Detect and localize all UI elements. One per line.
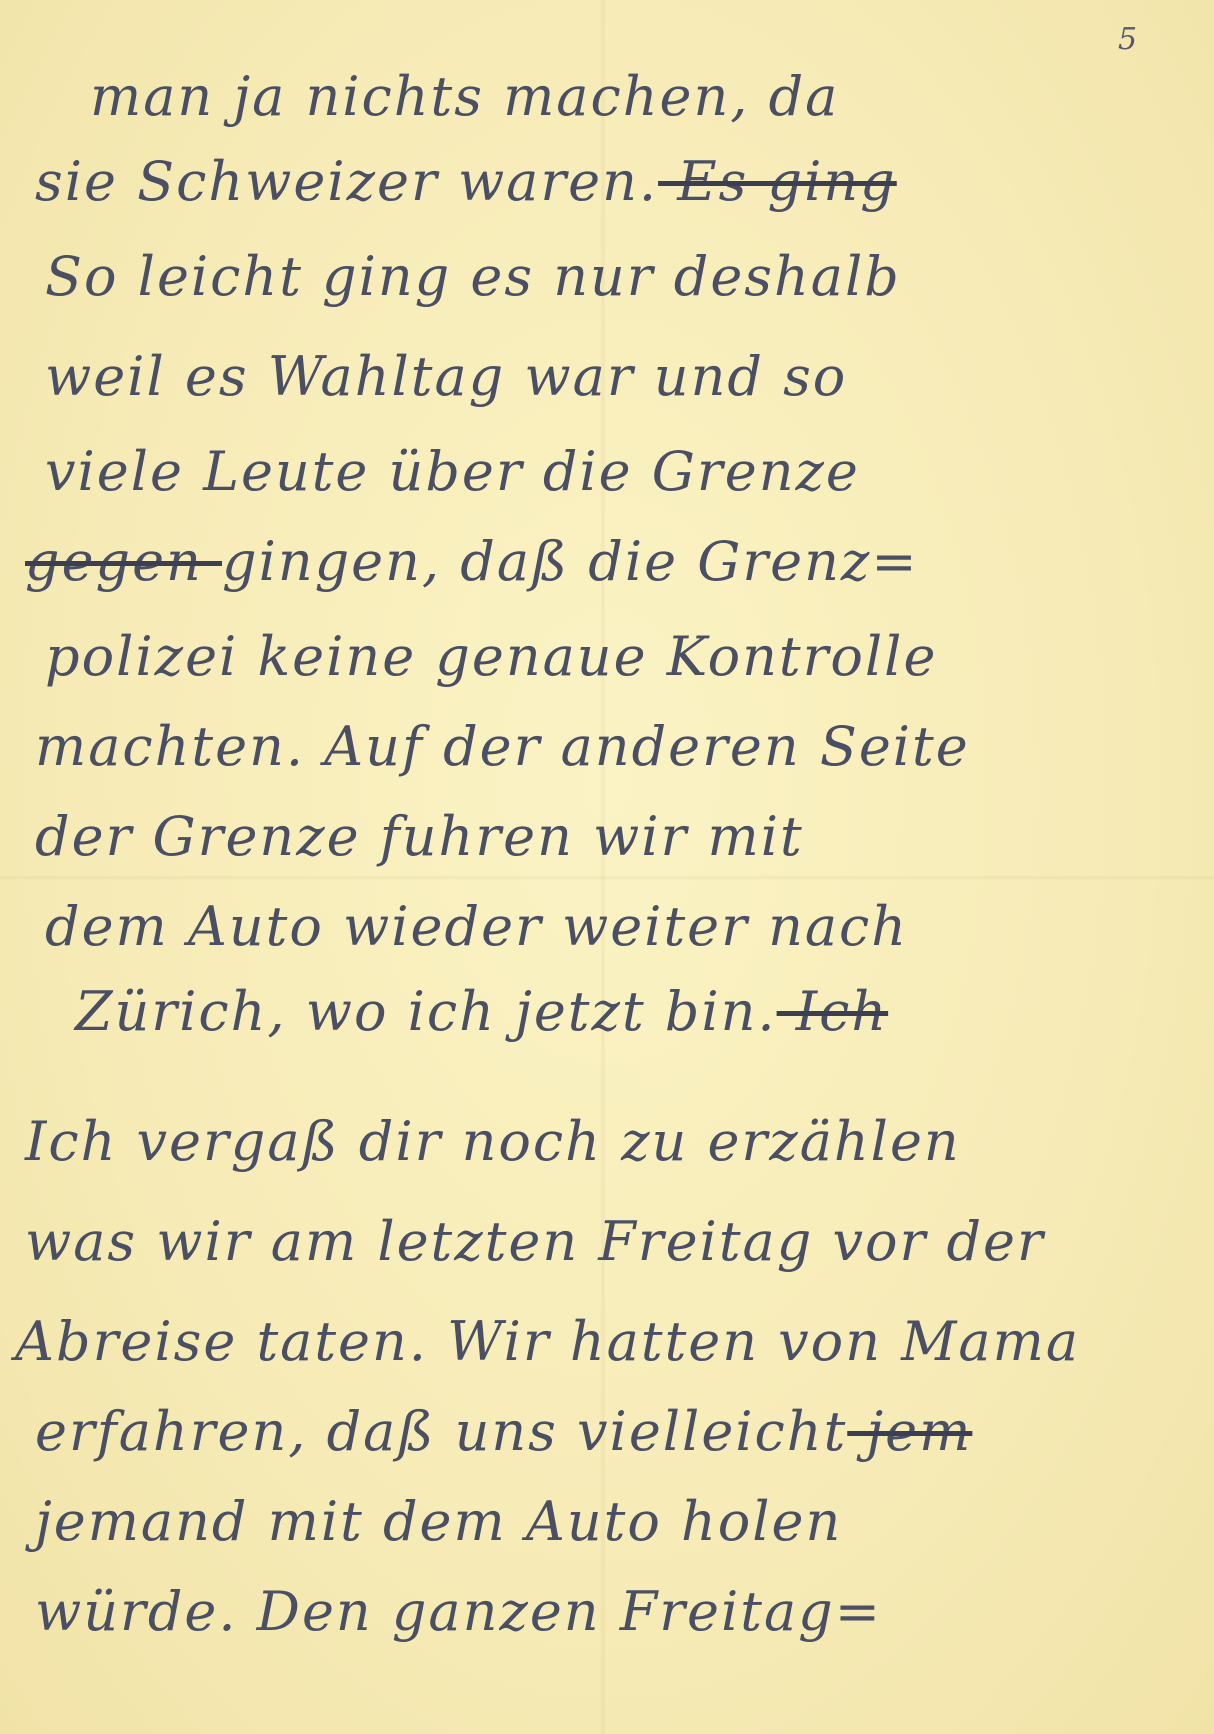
line-text: machten. Auf der anderen Seite (35, 715, 970, 778)
line-text: was wir am letzten Freitag vor der (25, 1210, 1045, 1273)
handwritten-line: Zürich, wo ich jetzt bin. Ich (75, 980, 888, 1043)
line-text: der Grenze fuhren wir mit (35, 805, 804, 868)
handwritten-line: So leicht ging es nur deshalb (45, 245, 901, 308)
line-text: dem Auto wieder weiter nach (45, 895, 908, 958)
handwritten-line: was wir am letzten Freitag vor der (25, 1210, 1045, 1273)
line-text: Abreise taten. Wir hatten von Mama (15, 1310, 1080, 1373)
handwritten-line: Abreise taten. Wir hatten von Mama (15, 1310, 1080, 1373)
handwritten-line: der Grenze fuhren wir mit (35, 805, 804, 868)
handwritten-line: polizei keine genaue Kontrolle (45, 625, 937, 688)
line-text: jemand mit dem Auto holen (35, 1490, 842, 1553)
struck-out-word: gegen (25, 530, 222, 593)
line-text: Ich vergaß dir noch zu erzählen (25, 1110, 961, 1173)
line-text: würde. Den ganzen Freitag= (35, 1580, 882, 1643)
handwritten-line: dem Auto wieder weiter nach (45, 895, 908, 958)
line-text: viele Leute über die Grenze (45, 440, 860, 503)
page-number: 5 (1118, 22, 1137, 57)
handwritten-line: weil es Wahltag war und so (45, 345, 847, 408)
line-text: Zürich, wo ich jetzt bin. (75, 980, 777, 1043)
handwritten-line: würde. Den ganzen Freitag= (35, 1580, 882, 1643)
line-text: So leicht ging es nur deshalb (45, 245, 901, 308)
paper-fold-horizontal (0, 875, 1214, 880)
handwritten-line: sie Schweizer waren. Es ging (35, 150, 897, 213)
handwritten-line: man ja nichts machen, da (90, 65, 839, 128)
line-text: erfahren, daß uns vielleicht (35, 1400, 847, 1463)
line-text: polizei keine genaue Kontrolle (45, 625, 937, 688)
handwritten-line: gegen gingen, daß die Grenz= (25, 530, 919, 593)
handwritten-line: viele Leute über die Grenze (45, 440, 860, 503)
struck-out-word: Es ging (658, 150, 897, 213)
line-text: sie Schweizer waren. (35, 150, 658, 213)
struck-out-word: Ich (777, 980, 889, 1043)
handwritten-line: jemand mit dem Auto holen (35, 1490, 842, 1553)
line-text: gingen, daß die Grenz= (222, 530, 919, 593)
struck-out-word: jem (847, 1400, 972, 1463)
line-text: man ja nichts machen, da (90, 65, 839, 128)
line-text: weil es Wahltag war und so (45, 345, 847, 408)
handwritten-line: erfahren, daß uns vielleicht jem (35, 1400, 972, 1463)
handwritten-line: Ich vergaß dir noch zu erzählen (25, 1110, 961, 1173)
handwritten-line: machten. Auf der anderen Seite (35, 715, 970, 778)
